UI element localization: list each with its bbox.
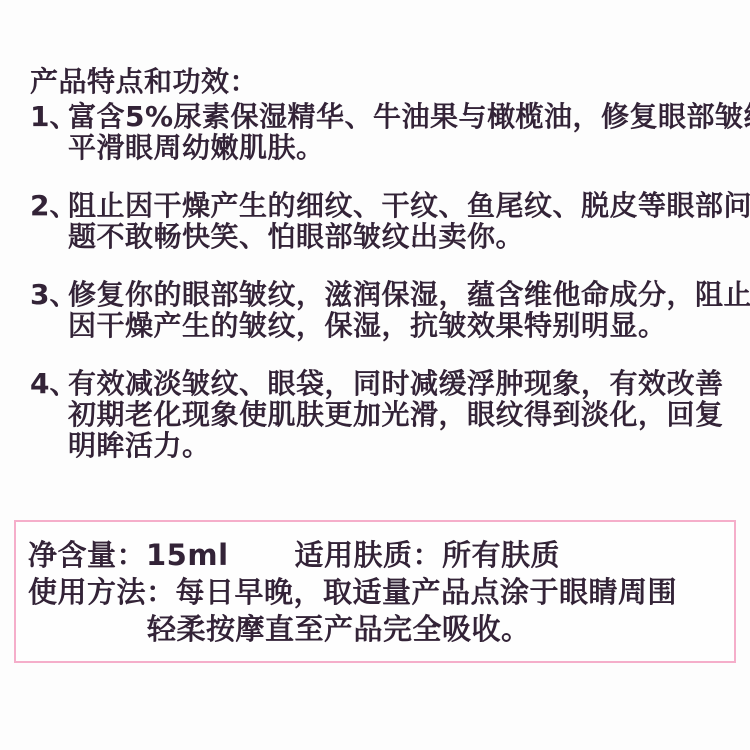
usage-method-line: 使用方法：每日早晚，取适量产品点涂于眼睛周围 <box>28 574 724 611</box>
feature-item-number: 3、 <box>30 279 68 310</box>
net-content-value: 净含量：15ml <box>28 537 229 574</box>
usage-info-box: 净含量：15ml 适用肤质：所有肤质 使用方法：每日早晚，取适量产品点涂于眼睛周… <box>14 520 736 663</box>
feature-item-text: 阻止因干燥产生的细纹、干纹、鱼尾纹、脱皮等眼部问 题不敢畅快笑、怕眼部皱纹出卖你… <box>68 190 750 252</box>
feature-line: 富含5%尿素保湿精华、牛油果与橄榄油，修复眼部皱纹 <box>68 101 750 132</box>
feature-line: 明眸活力。 <box>68 430 742 461</box>
feature-item-number: 4、 <box>30 368 68 399</box>
product-detail-page: { "page": { "background_color": "#fdfdfd… <box>0 0 750 750</box>
feature-item-2: 2、 阻止因干燥产生的细纹、干纹、鱼尾纹、脱皮等眼部问 题不敢畅快笑、怕眼部皱纹… <box>30 190 742 252</box>
feature-line: 因干燥产生的皱纹，保湿，抗皱效果特别明显。 <box>68 310 750 341</box>
skin-type-value: 适用肤质：所有肤质 <box>295 537 561 574</box>
feature-line: 初期老化现象使肌肤更加光滑，眼纹得到淡化，回复 <box>68 399 742 430</box>
feature-item-text: 富含5%尿素保湿精华、牛油果与橄榄油，修复眼部皱纹 平滑眼周幼嫩肌肤。 <box>68 101 750 163</box>
feature-item-text: 有效减淡皱纹、眼袋，同时减缓浮肿现象，有效改善 初期老化现象使肌肤更加光滑，眼纹… <box>68 368 742 461</box>
net-content-row: 净含量：15ml 适用肤质：所有肤质 <box>28 537 724 574</box>
feature-line: 有效减淡皱纹、眼袋，同时减缓浮肿现象，有效改善 <box>68 368 742 399</box>
feature-item-number: 1、 <box>30 101 68 132</box>
feature-line: 题不敢畅快笑、怕眼部皱纹出卖你。 <box>68 221 750 252</box>
feature-line: 阻止因干燥产生的细纹、干纹、鱼尾纹、脱皮等眼部问 <box>68 190 750 221</box>
feature-item-3: 3、 修复你的眼部皱纹，滋润保湿，蕴含维他命成分，阻止 因干燥产生的皱纹，保湿，… <box>30 279 742 341</box>
product-features-section: 产品特点和功效： 1、 富含5%尿素保湿精华、牛油果与橄榄油，修复眼部皱纹 平滑… <box>30 66 742 461</box>
feature-item-4: 4、 有效减淡皱纹、眼袋，同时减缓浮肿现象，有效改善 初期老化现象使肌肤更加光滑… <box>30 368 742 461</box>
feature-item-number: 2、 <box>30 190 68 221</box>
feature-item-text: 修复你的眼部皱纹，滋润保湿，蕴含维他命成分，阻止 因干燥产生的皱纹，保湿，抗皱效… <box>68 279 750 341</box>
feature-item-1: 1、 富含5%尿素保湿精华、牛油果与橄榄油，修复眼部皱纹 平滑眼周幼嫩肌肤。 <box>30 101 742 163</box>
features-title: 产品特点和功效： <box>30 66 742 98</box>
feature-line: 平滑眼周幼嫩肌肤。 <box>68 132 750 163</box>
feature-line: 修复你的眼部皱纹，滋润保湿，蕴含维他命成分，阻止 <box>68 279 750 310</box>
usage-method-continuation: 轻柔按摩直至产品完全吸收。 <box>147 611 724 648</box>
